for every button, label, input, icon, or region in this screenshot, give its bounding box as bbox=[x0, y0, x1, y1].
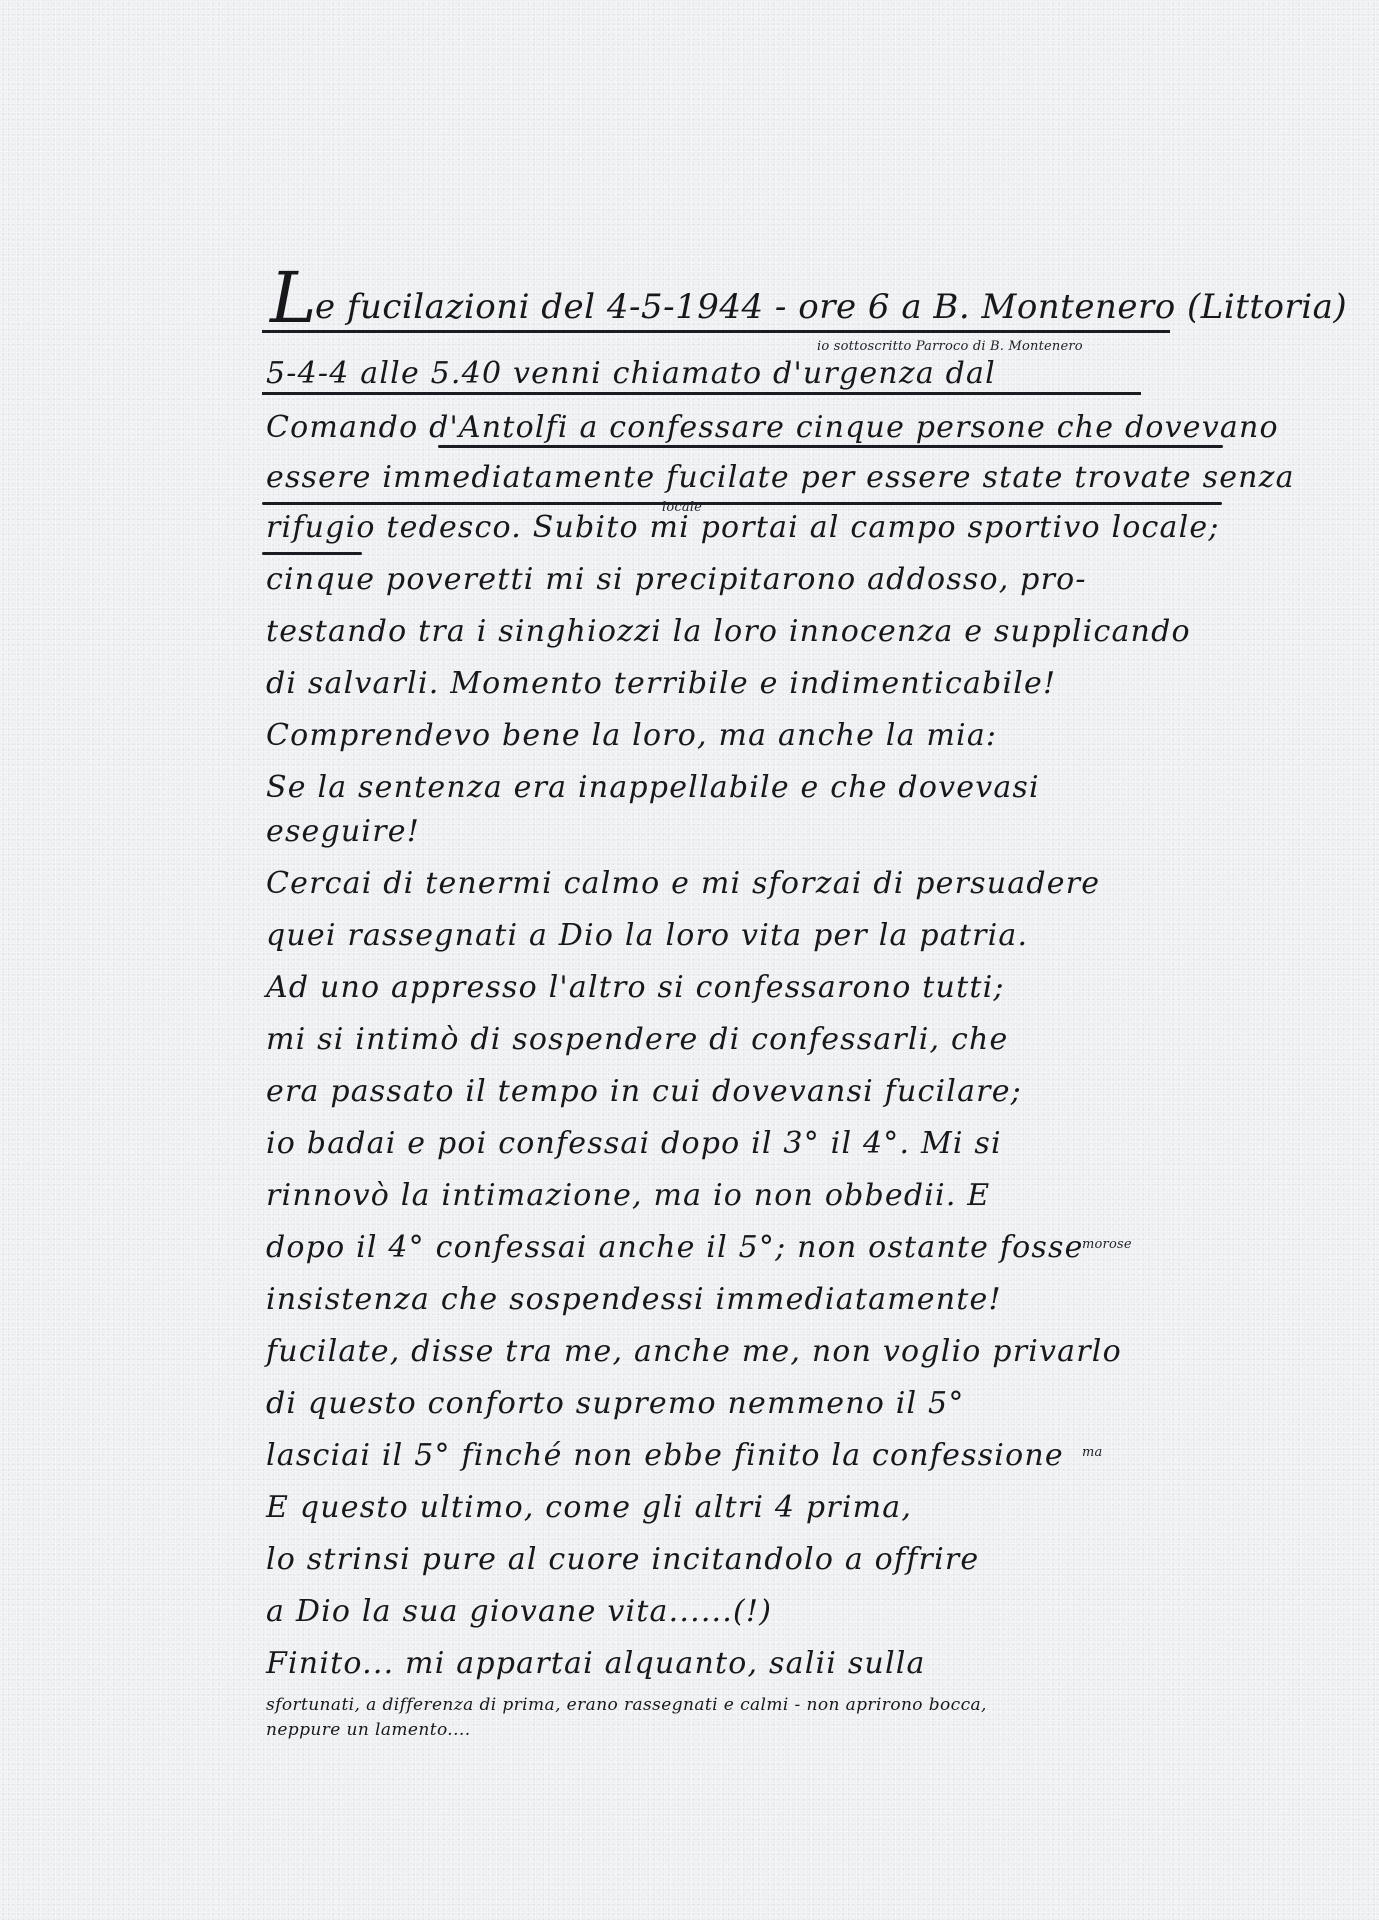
text-line-24: lo strinsi pure al cuore incitandolo a o… bbox=[262, 1545, 1222, 1575]
underline-rule-3 bbox=[262, 502, 1222, 505]
text-line-16: io badai e poi confessai dopo il 3° il 4… bbox=[262, 1129, 1222, 1159]
line-18-wrapper: morose dopo il 4° confessai anche il 5°;… bbox=[262, 1233, 1222, 1263]
text-line-19: insistenza che sospendessi immediatament… bbox=[262, 1285, 1222, 1315]
underline-rule-2 bbox=[438, 445, 1223, 448]
text-line-18: dopo il 4° confessai anche il 5°; non os… bbox=[262, 1233, 1222, 1263]
title-text: e fucilazioni del 4-5-1944 - ore 6 a B. … bbox=[315, 287, 1347, 327]
text-line-27: sfortunati, a differenza di prima, erano… bbox=[262, 1697, 1222, 1714]
text-line-11: Cercai di tenermi calmo e mi sforzai di … bbox=[262, 869, 1222, 899]
text-line-10: eseguire! bbox=[262, 817, 1222, 847]
text-line-28: neppure un lamento.... bbox=[262, 1722, 1222, 1739]
text-line-3: essere immediatamente fucilate per esser… bbox=[262, 463, 1222, 493]
text-line-4: rifugio tedesco. Subito mi portai al cam… bbox=[262, 513, 1222, 543]
line-22-wrapper: ma lasciai il 5° finché non ebbe finito … bbox=[262, 1441, 1222, 1471]
text-line-22: lasciai il 5° finché non ebbe finito la … bbox=[262, 1441, 1222, 1471]
text-line-8: Comprendevo bene la loro, ma anche la mi… bbox=[262, 721, 1222, 751]
text-line-25: a Dio la sua giovane vita......(!) bbox=[262, 1597, 1222, 1627]
text-line-12: quei rassegnati a Dio la loro vita per l… bbox=[262, 921, 1222, 951]
text-line-21: di questo conforto supremo nemmeno il 5° bbox=[262, 1389, 1222, 1419]
annotation-parroco: io sottoscritto Parroco di B. Montenero bbox=[817, 339, 1083, 354]
title-initial: L bbox=[270, 263, 317, 333]
document-title: L e fucilazioni del 4-5-1944 - ore 6 a B… bbox=[262, 255, 1170, 333]
text-line-2: Comando d'Antolfi a confessare cinque pe… bbox=[262, 413, 1222, 443]
text-line-17: rinnovò la intimazione, ma io non obbedi… bbox=[262, 1181, 1222, 1211]
text-line-15: era passato il tempo in cui dovevansi fu… bbox=[262, 1077, 1222, 1107]
text-line-20: fucilate, disse tra me, anche me, non vo… bbox=[262, 1337, 1222, 1367]
text-line-1: 5-4-4 alle 5.40 venni chiamato d'urgenza… bbox=[262, 359, 1141, 395]
text-line-14: mi si intimò di sospendere di confessarl… bbox=[262, 1025, 1222, 1055]
text-line-5: cinque poveretti mi si precipitarono add… bbox=[262, 565, 1222, 595]
text-line-26: Finito... mi appartai alquanto, salii su… bbox=[262, 1649, 1222, 1679]
text-line-13: Ad uno appresso l'altro si confessarono … bbox=[262, 973, 1222, 1003]
text-line-7: di salvarli. Momento terribile e indimen… bbox=[262, 669, 1222, 699]
text-line-9: Se la sentenza era inappellabile e che d… bbox=[262, 773, 1222, 803]
underline-rule-4 bbox=[262, 552, 362, 555]
text-line-6: testando tra i singhiozzi la loro innoce… bbox=[262, 617, 1222, 647]
handwritten-manuscript: L e fucilazioni del 4-5-1944 - ore 6 a B… bbox=[262, 255, 1222, 1715]
text-line-23: E questo ultimo, come gli altri 4 prima, bbox=[262, 1493, 1222, 1523]
